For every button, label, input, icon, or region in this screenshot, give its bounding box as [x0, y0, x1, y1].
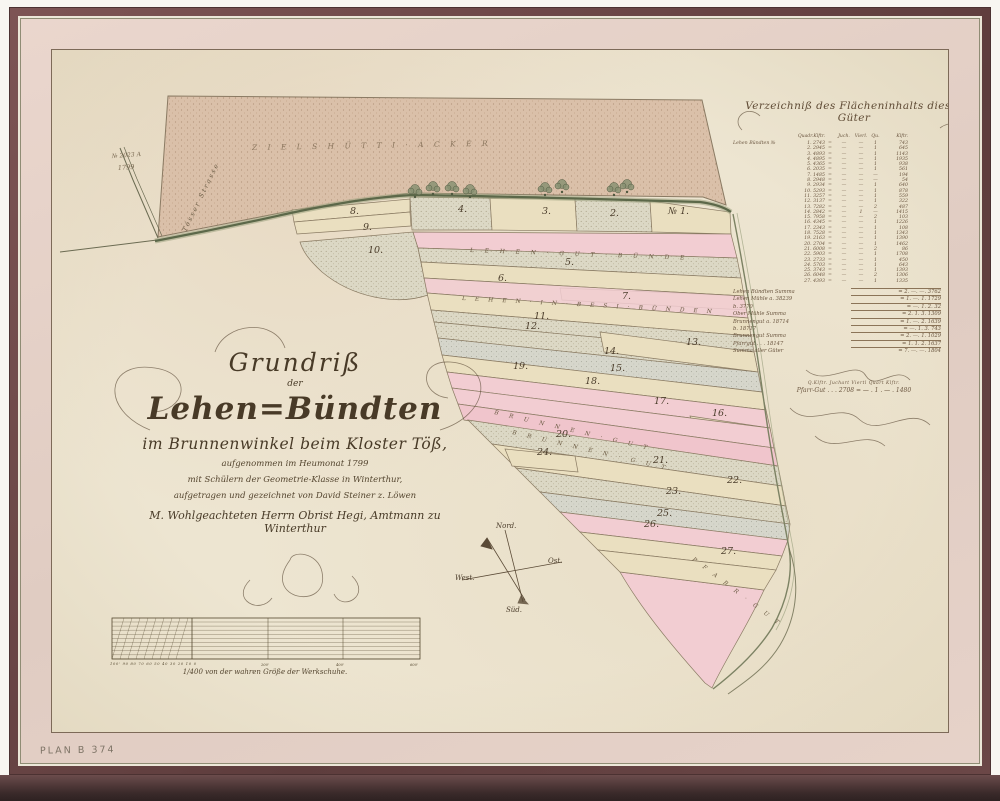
- area-table-summary-row: Brunnengut a. 18714= 1. —. 2. 1639: [733, 318, 948, 325]
- map-sheet: Nord. Ost. West. Süd.: [52, 50, 948, 732]
- parcel-number-label: 4.: [457, 204, 467, 215]
- area-table-summary-row: b. 18717= —. 1. 3. 743: [733, 325, 948, 332]
- pfarrgut-block: Q.Klftr. Juchart Viertl Quart Klftr. Pfa…: [733, 381, 948, 394]
- parcel-number-label: 7.: [622, 291, 631, 302]
- scale-bar-ticks: 100' 90 80 70 60 50 40 30 20 10 0 200' 4…: [110, 662, 418, 667]
- parcel-number-label: 14.: [604, 346, 619, 357]
- parcel-number-label: 24.: [536, 447, 552, 458]
- parcel-number-label: 16.: [712, 408, 727, 419]
- compass-north-label: Nord.: [495, 522, 516, 530]
- parcel-pfarrgut: [620, 572, 764, 688]
- pfarrgut-header: Q.Klftr. Juchart Viertl Quart Klftr.: [733, 381, 948, 386]
- map-canvas: Nord. Ost. West. Süd.: [52, 50, 948, 732]
- area-table-summary-row: Pfarrgut . . . 18147= 1. 1. 2. 1637: [733, 340, 948, 347]
- area-table-summary: Lehen Bündten Summa= 2. —. —. 3762Lehen …: [733, 288, 948, 355]
- parcel-number-label: № 1.: [667, 206, 689, 217]
- parcel-number-label: 12.: [525, 321, 540, 332]
- map-title-line1: Grundriß: [120, 348, 470, 377]
- framed-map-photo: Nord. Ost. West. Süd.: [0, 0, 1000, 801]
- area-table-header: Quadr.Klftr. Juch. Vierl. Qu. Klftr.: [733, 134, 948, 141]
- map-title-line7: aufgetragen und gezeichnet von David Ste…: [120, 491, 470, 501]
- area-table: Verzeichniß des Flächeninhalts dieser Gü…: [733, 100, 948, 394]
- svg-text:400': 400': [335, 663, 344, 667]
- compass-west-label: West.: [455, 574, 474, 582]
- parcel-number-label: 18.: [585, 376, 600, 387]
- area-table-summary-row: Lehen Mühle a. 38239= 1. —. 1. 1729: [733, 295, 948, 302]
- frame-bottom-rail: [0, 775, 1000, 801]
- parcel-number-label: 19.: [513, 361, 528, 372]
- parcel-number-label: 5.: [565, 257, 574, 268]
- parcel-number-label: 27.: [720, 546, 736, 557]
- compass-rose: [462, 530, 562, 604]
- parcel-number-label: 26.: [643, 519, 659, 530]
- pfarrgut-line: Pfarr-Gut . . . 2708 = — . 1 . — . 1480: [733, 387, 948, 394]
- map-title-line4: im Brunnenwinkel beim Kloster Töß,: [120, 435, 470, 453]
- road-spur: [120, 148, 158, 238]
- area-table-summary-row: Lehen Bündten Summa= 2. —. —. 3762: [733, 288, 948, 295]
- parcel-number-label: 13.: [686, 337, 701, 348]
- frame-mat: Nord. Ost. West. Süd.: [21, 19, 979, 763]
- area-table-summary-row: b. 3770= —. 1. 2. 32: [733, 303, 948, 310]
- parcel-number-label: 22.: [726, 475, 742, 486]
- area-table-summary-row: Ober Mühle Summa= 2. 1. 3. 1309: [733, 310, 948, 317]
- map-title-line3: Lehen=Bündten: [120, 391, 470, 427]
- parcel-number-label: 21.: [652, 455, 668, 466]
- area-table-summary-row: Brunnengut Summa= 2. —. 1. 1029: [733, 332, 948, 339]
- archive-plan-label: PLAN B 374: [40, 744, 116, 756]
- area-table-summary-row: Summa aller Güter= 7. —. —. 1804: [733, 347, 948, 354]
- parcel-number-label: 20.: [555, 429, 571, 440]
- scale-bar: [112, 618, 420, 659]
- survey-mark: № 2023 A: [111, 151, 142, 160]
- area-table-row: 27. 4393=——11335: [733, 279, 948, 284]
- svg-text:600': 600': [410, 663, 418, 667]
- map-title-line5: aufgenommen im Heumonat 1799: [120, 459, 470, 469]
- parcel-number-label: 9.: [363, 222, 372, 233]
- picture-frame: Nord. Ost. West. Süd.: [9, 7, 991, 775]
- compass-south-label: Süd.: [506, 606, 522, 614]
- parcel-number-label: 2.: [609, 208, 619, 219]
- parcel-number-label: 3.: [542, 206, 551, 217]
- compass-east-label: Ost.: [548, 557, 562, 565]
- parcel-number-label: 23.: [665, 486, 681, 497]
- area-table-grid: Quadr.Klftr. Juch. Vierl. Qu. Klftr. Leh…: [733, 134, 948, 355]
- survey-year: 1799: [118, 163, 135, 172]
- parcel-number-label: 17.: [654, 396, 669, 407]
- scale-caption: 1/400 von der wahren Größe der Werkschuh…: [140, 668, 390, 676]
- map-title-line8: M. Wohlgeachteten Herrn Obrist Hegi, Amt…: [120, 509, 470, 535]
- scale-left-ticks: 100' 90 80 70 60 50 40 30 20 10 0: [110, 662, 197, 666]
- area-table-title: Verzeichniß des Flächeninhalts dieser Gü…: [733, 100, 948, 124]
- area-table-body: Lehen Bündten №1. 2743=——17432. 2945=——1…: [733, 141, 948, 284]
- svg-text:200': 200': [260, 663, 269, 667]
- map-title-line6: mit Schülern der Geometrie-Klasse in Win…: [120, 475, 470, 485]
- parcel-number-label: 25.: [656, 508, 672, 519]
- parcel-number-label: 6.: [498, 273, 507, 284]
- compass-labels: Nord. Ost. West. Süd.: [455, 522, 562, 614]
- title-cartouche: Grundriß der Lehen=Bündten im Brunnenwin…: [120, 348, 470, 535]
- parcel-number-label: 10.: [368, 245, 383, 256]
- map-title-line2: der: [120, 379, 470, 389]
- parcel-number-label: 8.: [350, 206, 359, 217]
- parcel-number-label: 15.: [610, 363, 625, 374]
